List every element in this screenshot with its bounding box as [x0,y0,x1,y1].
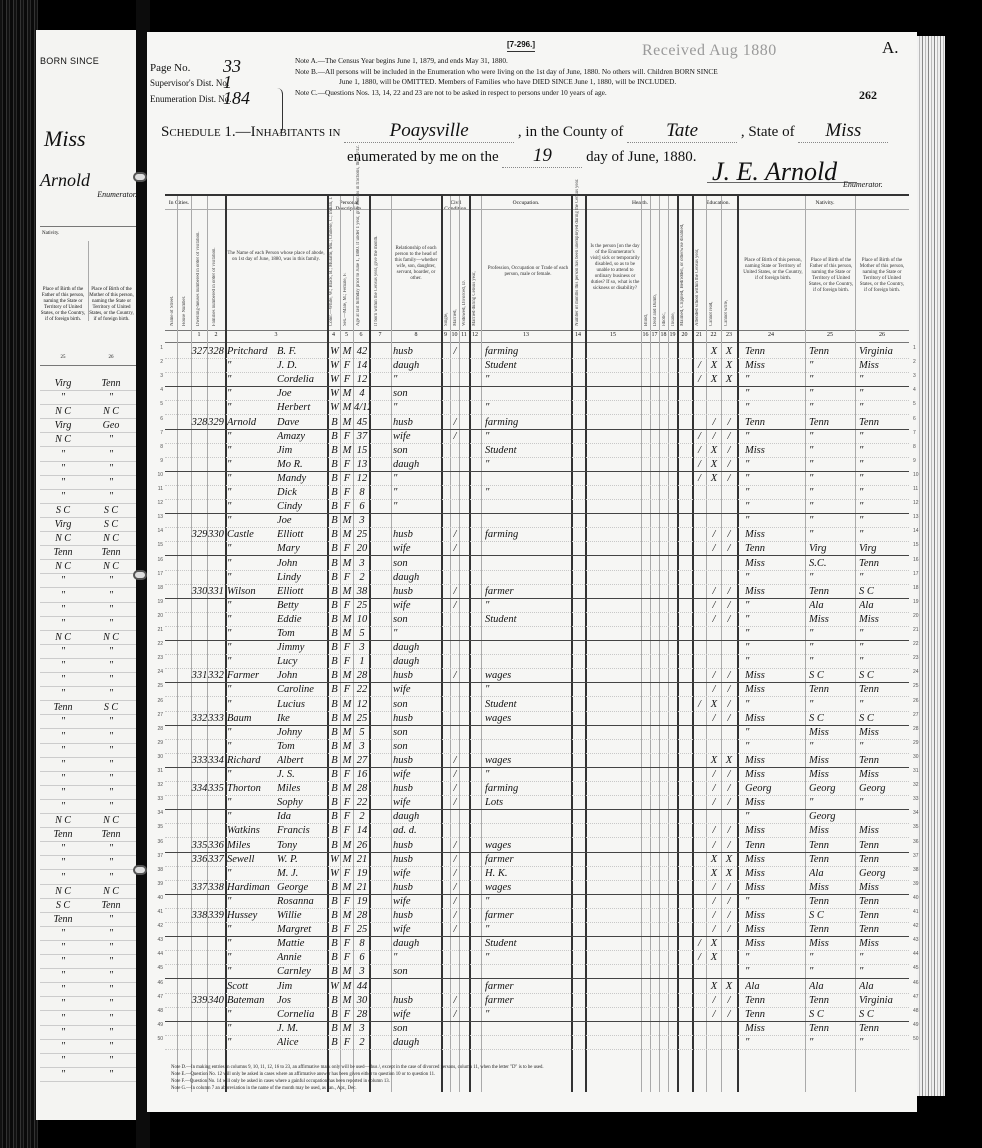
relationship: daugh [393,641,441,655]
birthplace: Miss [745,937,805,951]
family-number: 328 [207,345,225,359]
color: B [329,839,340,853]
mother-birthplace: Tenn [859,557,909,571]
birthplace: " [745,373,805,387]
right-line-number: 33 [913,796,925,802]
right-line-number: 7 [913,430,925,436]
line-number: 35 [151,824,163,830]
birthplace: Tenn [745,345,805,359]
given-name: Willie [277,909,327,923]
age: 21 [354,853,370,867]
married-mark: / [451,994,459,1008]
binding-ring [133,865,147,875]
cannot-write-mark: X [722,853,736,867]
prev-table-row: TennTenn [40,546,136,560]
cannot-read-mark: X [707,951,721,965]
occupation: farmer [485,909,571,923]
right-line-number: 8 [913,444,925,450]
relationship: wife [393,895,441,909]
header-c8: Relationship of each person to the head … [393,246,439,282]
header-c20: Maimed, Crippled, Bedridden, or otherwis… [680,214,685,326]
line-number: 34 [151,810,163,816]
header-c3: The Name of each Person whose place of a… [227,251,325,263]
line-number: 36 [151,839,163,845]
birthplace: Miss [745,359,805,373]
father-birthplace: S C [809,669,855,683]
schedule-line: Schedule 1.—Inhabitants in Poaysville , … [161,120,888,143]
age: 19 [354,867,370,881]
cannot-read-mark: / [707,585,721,599]
sex: M [341,782,353,796]
sex: F [341,1036,353,1050]
given-name: Eddie [277,613,327,627]
mother-birthplace: " [859,486,909,500]
age: 14 [354,359,370,373]
prev-mother-birthplace: " [88,745,134,756]
signature-line [707,182,857,183]
prev-table-row: S CS C [40,504,136,518]
father-birthplace: Ala [809,867,855,881]
table-row: 38"M. J.WF19wife/H. K.XXMissAlaGeorg38 [165,867,909,881]
cannot-read-mark: / [707,909,721,923]
prev-table-row: "" [40,730,136,744]
relationship: husb [393,345,441,359]
given-name: Albert [277,754,327,768]
given-name: Carnley [277,965,327,979]
father-birthplace: " [809,401,855,415]
prev-mother-birthplace: N C [88,886,134,897]
school-mark: / [693,458,706,472]
line-number: 15 [151,542,163,548]
dwelling-number: 338 [191,909,208,923]
surname: " [227,768,277,782]
prev-mother-birthplace: Tenn [88,378,134,389]
father-birthplace: S.C. [809,557,855,571]
father-birthplace: Tenn [809,895,855,909]
occupation: farming [485,528,571,542]
given-name: Jos [277,994,327,1008]
father-birthplace: S C [809,712,855,726]
right-line-number: 18 [913,585,925,591]
prev-father-birthplace: Virg [40,378,86,389]
supervisor-line: Supervisor's Dist. No. 1 [147,78,287,94]
given-name: Herbert [277,401,327,415]
given-name: Francis [277,824,327,838]
prev-father-birthplace: " [40,731,86,742]
father-birthplace: Miss [809,754,855,768]
prev-table-row: N CN C [40,405,136,419]
dwelling-number: 332 [191,712,208,726]
prev-father-birthplace: " [40,618,86,629]
occupation: " [485,895,571,909]
table-row: 49"J. M.BM3sonMissTennTenn49 [165,1022,909,1036]
surname: Baum [227,712,277,726]
father-birthplace: Miss [809,726,855,740]
header-house: House Number. [182,286,187,326]
right-line-number: 23 [913,655,925,661]
cannot-write-mark: / [722,895,736,909]
dwelling-number: 334 [191,782,208,796]
prev-table-row: "" [40,589,136,603]
line-number: 33 [151,796,163,802]
note-g: Note G.—In column 7 an abbreviation in t… [171,1085,544,1092]
prev-mother-birthplace: " [88,392,134,403]
prev-mother-birthplace: " [88,575,134,586]
birthplace: Tenn [745,1008,805,1022]
column-number: 23 [721,332,737,338]
birthplace: " [745,571,805,585]
line-number: 38 [151,867,163,873]
given-name: Cordelia [277,373,327,387]
married-mark: / [451,895,459,909]
age: 27 [354,754,370,768]
mother-birthplace: Tenn [859,754,909,768]
prev-mother-birthplace: " [88,759,134,770]
age: 12 [354,698,370,712]
color: B [329,796,340,810]
prev-father-birthplace: " [40,590,86,601]
occupation: " [485,599,571,613]
relationship: wife [393,683,441,697]
prev-mother-birthplace: " [88,434,134,445]
prev-mother-birthplace: " [88,1041,134,1052]
relationship: wife [393,542,441,556]
surname: Watkins [227,824,277,838]
sex: M [341,387,353,401]
father-birthplace: Georg [809,782,855,796]
occupation: Student [485,359,571,373]
table-row: 45"CarnleyBM3son"""45 [165,965,909,979]
right-line-number: 17 [913,571,925,577]
birthplace: " [745,472,805,486]
prev-mother-birthplace: " [88,787,134,798]
sex: F [341,867,353,881]
age: 25 [354,599,370,613]
relationship: wife [393,796,441,810]
color: B [329,486,340,500]
line-number: 41 [151,909,163,915]
given-name: Tom [277,627,327,641]
father-birthplace: " [809,698,855,712]
age: 30 [354,994,370,1008]
prev-father-birthplace: " [40,392,86,403]
table-row: 27332333BaumIkeBM25husbwages//MissS CS C… [165,712,909,726]
mother-birthplace: Georg [859,782,909,796]
cannot-read-mark: X [707,472,721,486]
prev-father-birthplace: N C [40,406,86,417]
header-c5: Sex.—Male, M.; Female, F. [343,214,348,326]
birthplace: Miss [745,909,805,923]
table-row: 15"MaryBF20wife///TennVirgVirg15 [165,542,909,556]
table-row: 40"RosannaBF19wife/"//"TennTenn40 [165,895,909,909]
surname: " [227,627,277,641]
given-name: John [277,557,327,571]
mother-birthplace: S C [859,669,909,683]
prev-mother-birthplace: " [88,1013,134,1024]
right-line-number: 1 [913,345,925,351]
table-row: 39337338HardimanGeorgeBM21husb/wages//Mi… [165,881,909,895]
prev-mother-birthplace: " [88,477,134,488]
given-name: Betty [277,599,327,613]
table-row: 17"LindyBF2daugh"""17 [165,571,909,585]
relationship: husb [393,839,441,853]
prev-mother-birthplace: N C [88,815,134,826]
married-mark: / [451,768,459,782]
school-mark: / [693,698,706,712]
surname: Thorton [227,782,277,796]
married-mark: / [451,867,459,881]
surname: Hussey [227,909,277,923]
relationship: son [393,740,441,754]
group-in-cities: In Cities. [167,200,191,206]
column-number: 18 [659,332,668,338]
right-line-number: 48 [913,1008,925,1014]
prev-mother-birthplace: " [88,857,134,868]
school-mark: / [693,373,706,387]
binding-ring [133,570,147,580]
surname: " [227,359,277,373]
age: 3 [354,641,370,655]
cannot-read-mark: X [707,937,721,951]
column-number: 16 [641,332,650,338]
line-number: 50 [151,1036,163,1042]
married-mark: / [451,839,459,853]
cannot-write-mark: / [722,768,736,782]
relationship: " [393,500,441,514]
sex: F [341,542,353,556]
mother-birthplace: " [859,528,909,542]
right-line-number: 15 [913,542,925,548]
surname: Pritchard [227,345,277,359]
cannot-read-mark: X [707,373,721,387]
prev-father-birthplace: Virg [40,420,86,431]
age: 28 [354,669,370,683]
county-value: Tate [627,120,737,143]
mother-birthplace: S C [859,712,909,726]
cannot-read-mark: / [707,669,721,683]
prev-father-birthplace: " [40,1041,86,1052]
prev-table-row: "" [40,462,136,476]
color: B [329,1036,340,1050]
relationship: son [393,387,441,401]
table-row: 3"CordeliaWF12""/XX"""3 [165,373,909,387]
right-line-number: 37 [913,853,925,859]
father-birthplace: Tenn [809,923,855,937]
cannot-read-mark: / [707,528,721,542]
occupation: " [485,373,571,387]
right-line-number: 26 [913,698,925,704]
line-number: 12 [151,500,163,506]
right-line-number: 12 [913,500,925,506]
father-birthplace: " [809,951,855,965]
relationship: " [393,373,441,387]
prev-father-birthplace: " [40,575,86,586]
prev-table-row: "" [40,1040,136,1054]
birthplace: Tenn [745,416,805,430]
right-line-number: 32 [913,782,925,788]
occupation: wages [485,839,571,853]
relationship: husb [393,994,441,1008]
father-birthplace: Virg [809,542,855,556]
group-nativity: Nativity. [745,200,905,206]
birthplace: " [745,810,805,824]
father-birthplace: " [809,514,855,528]
mother-birthplace: " [859,500,909,514]
prev-table-row: VirgS C [40,518,136,532]
age: 3 [354,965,370,979]
prev-mother-birthplace: " [88,646,134,657]
birthplace: Miss [745,585,805,599]
occupation: farming [485,782,571,796]
header-c19: Insane, [671,296,676,326]
prev-table-row: TennTenn [40,828,136,842]
prev-mother-birthplace: Geo [88,420,134,431]
relationship: son [393,1022,441,1036]
mother-birthplace: " [859,655,909,669]
sex: F [341,951,353,965]
cannot-write-mark: / [722,909,736,923]
prev-colnum-25: 25 [40,355,86,361]
relationship: " [393,951,441,965]
color: B [329,951,340,965]
relationship: husb [393,712,441,726]
line-number: 13 [151,514,163,520]
given-name: Lindy [277,571,327,585]
prev-father-birthplace: " [40,674,86,685]
age: 1 [354,655,370,669]
sex: F [341,895,353,909]
note-d: Note D.—In making entries in columns 9, … [171,1064,544,1071]
father-birthplace: Georg [809,810,855,824]
age: 5 [354,627,370,641]
table-row: 35WatkinsFrancisBF14ad. d.//MissMissMiss… [165,824,909,838]
sex: M [341,613,353,627]
cannot-write-mark: / [722,923,736,937]
prev-mother-birthplace: " [88,773,134,784]
table-row: 6328329ArnoldDaveBM45husb/farming//TennT… [165,416,909,430]
color: B [329,726,340,740]
birthplace: Tenn [745,839,805,853]
given-name: Amazy [277,430,327,444]
given-name: Miles [277,782,327,796]
father-birthplace: " [809,740,855,754]
birthplace: Tenn [745,542,805,556]
relationship: son [393,965,441,979]
mother-birthplace: Ala [859,980,909,994]
color: B [329,627,340,641]
age: 2 [354,571,370,585]
table-row: 46ScottJimWM44farmerXXAlaAlaAla46 [165,980,909,994]
color: B [329,698,340,712]
prev-table-row: TennS C [40,701,136,715]
prev-father-birthplace: N C [40,632,86,643]
sex: M [341,712,353,726]
sex: F [341,571,353,585]
age: 14 [354,824,370,838]
color: B [329,923,340,937]
sex: F [341,1008,353,1022]
table-row: 43"MattieBF8daughStudent/XMissMissMiss43 [165,937,909,951]
prev-father-birthplace: " [40,646,86,657]
surname: " [227,810,277,824]
sex: M [341,514,353,528]
school-mark: / [693,951,706,965]
table-row: 10"MandyBF12"/X/"""10 [165,472,909,486]
relationship: " [393,486,441,500]
column-number: 14 [571,332,585,338]
prev-col26-header: Place of Birth of the Mother of this per… [88,241,134,321]
cannot-read-mark: / [707,994,721,1008]
form-number: [7-296.] [507,40,535,52]
father-birthplace: Miss [809,613,855,627]
table-row: 34"IdaBF2daugh"Georg34 [165,810,909,824]
prev-born-since: BORN SINCE [40,56,99,66]
father-birthplace: " [809,387,855,401]
right-line-number: 22 [913,641,925,647]
line-number: 31 [151,768,163,774]
color: B [329,655,340,669]
header-c16: Blind, [644,296,649,326]
header-c9: Single, [444,291,449,326]
line-number: 25 [151,683,163,689]
sex: F [341,373,353,387]
color: W [329,401,340,415]
prev-table-row: "" [40,744,136,758]
mother-birthplace: S C [859,585,909,599]
mother-birthplace: Tenn [859,839,909,853]
color: B [329,768,340,782]
prev-state: Miss [44,126,86,152]
prev-table-row: "" [40,955,136,969]
father-birthplace: " [809,486,855,500]
relationship: " [393,627,441,641]
color: B [329,500,340,514]
prev-table-row: N CN C [40,631,136,645]
father-birthplace: Tenn [809,853,855,867]
line-number: 24 [151,669,163,675]
relationship: wife [393,923,441,937]
cannot-read-mark: X [707,458,721,472]
age: 21 [354,881,370,895]
age: 10 [354,613,370,627]
day-value: 19 [502,145,582,168]
header-c13: Profession, Occupation or Trade of each … [483,266,573,278]
age: 2 [354,1036,370,1050]
age: 28 [354,909,370,923]
column-number: 3 [225,332,327,338]
right-line-number: 11 [913,486,925,492]
line-number: 19 [151,599,163,605]
father-birthplace: Miss [809,937,855,951]
cannot-write-mark: / [722,416,736,430]
prev-table-row: "" [40,983,136,997]
color: B [329,599,340,613]
color: W [329,359,340,373]
family-number: 329 [207,416,225,430]
cannot-write-mark: / [722,824,736,838]
married-mark: / [451,796,459,810]
header-c15: Is the person [on the day of the Enumera… [590,244,640,292]
right-line-number: 43 [913,937,925,943]
table-row: 4"JoeWM4son"""4 [165,387,909,401]
birthplace: " [745,500,805,514]
birthplace: " [745,641,805,655]
prev-father-birthplace: Tenn [40,914,86,925]
prev-father-birthplace: " [40,801,86,812]
table-row: 31"J. S.BF16wife/"//MissMissMiss31 [165,768,909,782]
birthplace: " [745,627,805,641]
sex: M [341,909,353,923]
